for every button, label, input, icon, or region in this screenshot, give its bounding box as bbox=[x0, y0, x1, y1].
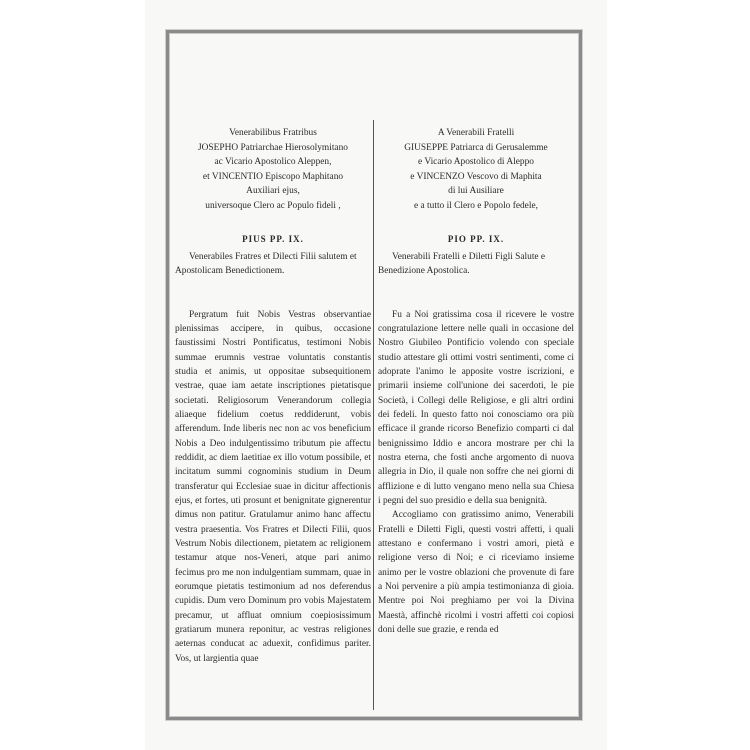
italian-paragraph: Fu a Noi gratissima cosa il ricevere le … bbox=[378, 308, 574, 509]
latin-address-block: Venerabilibus Fratribus JOSEPHO Patriarc… bbox=[175, 126, 371, 214]
latin-salutation: Venerabiles Fratres et Dilecti Filii sal… bbox=[175, 250, 371, 278]
address-line: e Vicario Apostolico di Aleppo bbox=[378, 155, 574, 170]
address-line: Auxiliari ejus, bbox=[175, 184, 371, 199]
address-line: ac Vicario Apostolico Aleppen, bbox=[175, 155, 371, 170]
address-line: e a tutto il Clero e Popolo fedele, bbox=[378, 199, 574, 214]
latin-body: Pergratum fuit Nobis Vestras observantia… bbox=[175, 308, 371, 667]
address-line: e VINCENZO Vescovo di Maphita bbox=[378, 170, 574, 185]
address-line: A Venerabili Fratelli bbox=[378, 126, 574, 141]
address-line: universoque Clero ac Populo fideli , bbox=[175, 199, 371, 214]
address-line: et VINCENTIO Episcopo Maphitano bbox=[175, 170, 371, 185]
latin-pope-heading: PIUS PP. IX. bbox=[175, 234, 371, 244]
address-line: Venerabilibus Fratribus bbox=[175, 126, 371, 141]
latin-paragraph: Pergratum fuit Nobis Vestras observantia… bbox=[175, 308, 371, 667]
italian-address-block: A Venerabili Fratelli GIUSEPPE Patriarca… bbox=[378, 126, 574, 214]
italian-body: Fu a Noi gratissima cosa il ricevere le … bbox=[378, 308, 574, 638]
address-line: JOSEPHO Patriarchae Hierosolymitano bbox=[175, 141, 371, 156]
italian-pope-heading: PIO PP. IX. bbox=[378, 234, 574, 244]
latin-column: Venerabilibus Fratribus JOSEPHO Patriarc… bbox=[175, 126, 371, 712]
column-divider bbox=[373, 120, 374, 710]
address-line: di lui Ausiliare bbox=[378, 184, 574, 199]
italian-paragraph: Accogliamo con gratissimo animo, Venerab… bbox=[378, 508, 574, 637]
italian-salutation: Venerabili Fratelli e Diletti Figli Salu… bbox=[378, 250, 574, 278]
italian-column: A Venerabili Fratelli GIUSEPPE Patriarca… bbox=[378, 126, 574, 712]
address-line: GIUSEPPE Patriarca di Gerusalemme bbox=[378, 141, 574, 156]
